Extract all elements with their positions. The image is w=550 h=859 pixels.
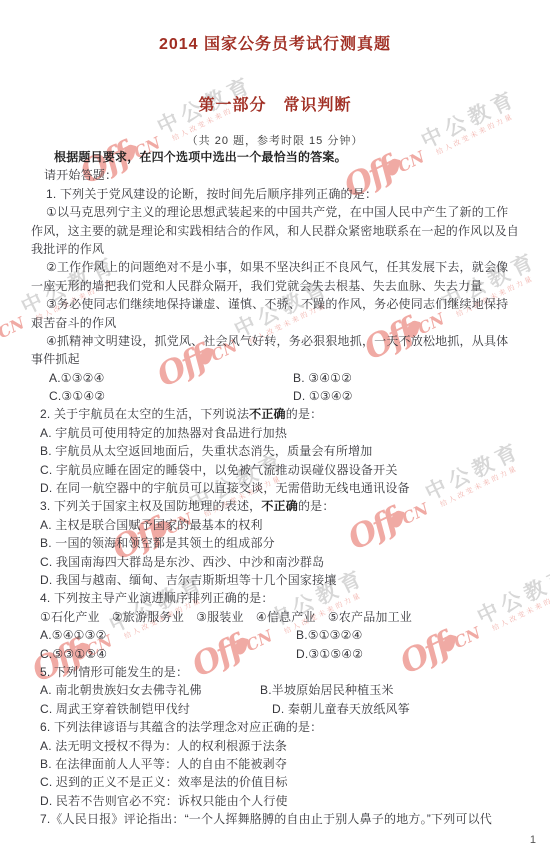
q6-option-c: C. 迟到的正义不是正义：效率是法的价值目标 [0,773,550,791]
text-segment: 作风，这主要的就是理论和实践相结合的作风，和人民群众紧密地联系在一起的作风以及自 [31,224,519,238]
q1-statement-4: 事件抓起 [0,350,550,368]
text-segment: D. 我国与越南、缅甸、吉尔吉斯斯坦等十几个国家接壤 [40,573,337,587]
text-segment: ③务必使同志们继续地保持谦虚、谨慎、不骄、不躁的作风，务必使同志们继续地保持 [46,297,508,311]
text-segment: 5. 下列情形可能发生的是： [40,665,188,679]
document-body: 根据题目要求，在四个选项中选出一个最恰当的答案。请开始答题：1. 下列关于党风建… [0,148,550,828]
text-segment: A. 主权是联合国赋予国家的最基本的权利 [40,518,263,532]
q5-options-cd: C. 周武王穿着铁制铠甲伐纣D. 秦朝儿童春天放纸风筝 [0,700,550,718]
q1-statement-2: ②工作作风上的问题绝对不是小事，如果不坚决纠正不良风气，任其发展下去，就会像 [0,258,550,276]
text-segment: 6. 下列法律谚语与其蕴含的法学理念对应正确的是： [40,720,322,734]
text-segment: 4. 下列按主导产业演进顺序排列正确的是： [40,591,274,605]
text-segment: C. 我国南海四大群岛是东沙、西沙、中沙和南沙群岛 [40,555,324,569]
text-segment: B. 一国的领海和领空都是其领土的组成部分 [40,536,275,550]
q2-option-b: B. 宇航员从太空返回地面后，失重状态消失，质量会有所增加 [0,442,550,460]
text-segment: A.⑤④①③② [40,628,107,642]
option-column: B.半坡原始居民种植玉米 [260,681,394,699]
q2-option-d: D. 在同一航空器中的宇航员可以直接交谈，无需借助无线电通讯设备 [0,479,550,497]
question-6-stem: 6. 下列法律谚语与其蕴含的法学理念对应正确的是： [0,718,550,736]
text-segment: C.⑤③①②④ [40,647,107,661]
option-column: D.③①⑤④② [296,645,363,663]
text-segment: 的是： [298,499,335,513]
text-segment: B.半坡原始居民种植玉米 [260,683,394,697]
text-segment: 艰苦奋斗的作风 [31,316,116,330]
question-5-stem: 5. 下列情形可能发生的是： [0,663,550,681]
option-column: D. ①③④② [293,387,353,405]
q4-options-ab: A.⑤④①③②B.⑤①③②④ [0,626,550,644]
q1-options-cd: C.③①④②D. ①③④② [0,387,550,405]
emphasis-text: 根据题目要求，在四个选项中选出一个最恰当的答案。 [54,150,347,164]
question-7-stem: 7.《人民日报》评论指出：“一个人挥舞胳膊的自由止于别人鼻子的地方。”下列可以代 [0,810,550,828]
q1-statement-4: ④抓精神文明建设，抓党风、社会风气好转，务必狠狠地抓，一天不放松地抓，从具体 [0,332,550,350]
text-segment: C. 宇航员应睡在固定的睡袋中，以免被气流推动误碰仪器设备开关 [40,463,398,477]
text-segment: C.③①④② [49,389,105,403]
text-segment: A.①③②④ [49,371,105,385]
q4-options-cd: C.⑤③①②④D.③①⑤④② [0,645,550,663]
text-segment: D. 民若不告则官必不究：诉权只能由个人行使 [40,794,288,808]
option-column: A. 南北朝贵族妇女去佛寺礼佛 [40,681,260,699]
emphasis-text: 不正确 [261,499,298,513]
text-segment: D. 秦朝儿童春天放纸风筝 [272,702,410,716]
text-segment: D. ①③④② [293,389,353,403]
text-segment: 我批评的作风 [31,242,104,256]
text-segment: B. 宇航员从太空返回地面后，失重状态消失，质量会有所增加 [40,444,372,458]
q6-option-b: B. 在法律面前人人平等：人的自由不能被剥夺 [0,755,550,773]
text-segment: C. 周武王穿着铁制铠甲伐纣 [40,702,190,716]
q1-statement-2: 一座无形的墙把我们党和人民群众隔开，我们党就会失去根基、失去血脉、失去力量 [0,277,550,295]
q6-option-a: A. 法无明文授权不得为：人的权利根源于法条 [0,737,550,755]
q1-statement-1: 我批评的作风 [0,240,550,258]
q1-statement-3: 艰苦奋斗的作风 [0,314,550,332]
option-column: A.①③②④ [49,369,293,387]
question-2-stem: 2. 关于宇航员在太空的生活，下列说法不正确的是： [0,405,550,423]
text-segment: 3. 下列关于国家主权及国防地理的表述， [40,499,261,513]
page-number: 1 [530,834,536,846]
document-page: OffCN中公教育给人改变未来的力量OffCN中公教育给人改变未来的力量OffC… [0,0,550,859]
q1-statement-3: ③务必使同志们继续地保持谦虚、谨慎、不骄、不躁的作风，务必使同志们继续地保持 [0,295,550,313]
section-meta: （共 20 题，参考时限 15 分钟） [0,132,550,148]
option-column: D. 秦朝儿童春天放纸风筝 [272,700,410,718]
q3-option-d: D. 我国与越南、缅甸、吉尔吉斯斯坦等十几个国家接壤 [0,571,550,589]
option-column: B. ③④①② [293,369,352,387]
emphasis-text: 不正确 [249,407,286,421]
q5-options-ab: A. 南北朝贵族妇女去佛寺礼佛B.半坡原始居民种植玉米 [0,681,550,699]
q1-statement-1: 作风，这主要的就是理论和实践相结合的作风，和人民群众紧密地联系在一起的作风以及自 [0,222,550,240]
text-segment: 的是： [286,407,323,421]
section-title: 第一部分 常识判断 [0,54,550,115]
q2-option-a: A. 宇航员可使用特定的加热器对食品进行加热 [0,424,550,442]
q3-option-a: A. 主权是联合国赋予国家的最基本的权利 [0,516,550,534]
text-segment: A. 法无明文授权不得为：人的权利根源于法条 [40,739,287,753]
q3-option-b: B. 一国的领海和领空都是其领土的组成部分 [0,534,550,552]
q3-option-c: C. 我国南海四大群岛是东沙、西沙、中沙和南沙群岛 [0,553,550,571]
question-3-stem: 3. 下列关于国家主权及国防地理的表述，不正确的是： [0,497,550,515]
q2-option-c: C. 宇航员应睡在固定的睡袋中，以免被气流推动误碰仪器设备开关 [0,461,550,479]
text-segment: ①以马克思列宁主义的理论思想武装起来的中国共产党，在中国人民中产生了新的工作 [46,205,508,219]
text-segment: B. 在法律面前人人平等：人的自由不能被剥夺 [40,757,287,771]
q1-statement-1: ①以马克思列宁主义的理论思想武装起来的中国共产党，在中国人民中产生了新的工作 [0,203,550,221]
q4-items: ①石化产业 ②旅游服务业 ③服装业 ④信息产业 ⑤农产品加工业 [0,608,550,626]
page-title: 2014 国家公务员考试行测真题 [0,0,550,54]
text-segment: 请开始答题： [44,168,117,182]
text-segment: B. ③④①② [293,371,352,385]
question-4-stem: 4. 下列按主导产业演进顺序排列正确的是： [0,589,550,607]
text-segment: ①石化产业 ②旅游服务业 ③服装业 ④信息产业 ⑤农产品加工业 [40,610,412,624]
text-segment: A. 宇航员可使用特定的加热器对食品进行加热 [40,426,287,440]
option-column: C.③①④② [49,387,293,405]
text-segment: ④抓精神文明建设，抓党风、社会风气好转，务必狠狠地抓，一天不放松地抓，从具体 [46,334,508,348]
option-column: C. 周武王穿着铁制铠甲伐纣 [40,700,272,718]
option-column: B.⑤①③②④ [296,626,363,644]
text-segment: C. 迟到的正义不是正义：效率是法的价值目标 [40,775,288,789]
start-prompt-line: 请开始答题： [0,166,550,184]
text-segment: ②工作作风上的问题绝对不是小事，如果不坚决纠正不良风气，任其发展下去，就会像 [46,260,508,274]
option-column: A.⑤④①③② [40,626,296,644]
text-segment: 一座无形的墙把我们党和人民群众隔开，我们党就会失去根基、失去血脉、失去力量 [31,279,482,293]
text-segment: D. 在同一航空器中的宇航员可以直接交谈，无需借助无线电通讯设备 [40,481,410,495]
question-1-stem: 1. 下列关于党风建设的论断，按时间先后顺序排列正确的是： [0,185,550,203]
instruction-line: 根据题目要求，在四个选项中选出一个最恰当的答案。 [0,148,550,166]
text-segment: B.⑤①③②④ [296,628,363,642]
text-segment: 2. 关于宇航员在太空的生活，下列说法 [40,407,249,421]
text-segment: 1. 下列关于党风建设的论断，按时间先后顺序排列正确的是： [46,187,377,201]
text-segment: 7.《人民日报》评论指出：“一个人挥舞胳膊的自由止于别人鼻子的地方。”下列可以代 [40,812,492,826]
text-segment: A. 南北朝贵族妇女去佛寺礼佛 [40,683,202,697]
text-segment: 事件抓起 [31,352,80,366]
text-segment: D.③①⑤④② [296,647,363,661]
q6-option-d: D. 民若不告则官必不究：诉权只能由个人行使 [0,792,550,810]
q1-options-ab: A.①③②④B. ③④①② [0,369,550,387]
option-column: C.⑤③①②④ [40,645,296,663]
document-content: 2014 国家公务员考试行测真题 第一部分 常识判断 （共 20 题，参考时限 … [0,0,550,148]
